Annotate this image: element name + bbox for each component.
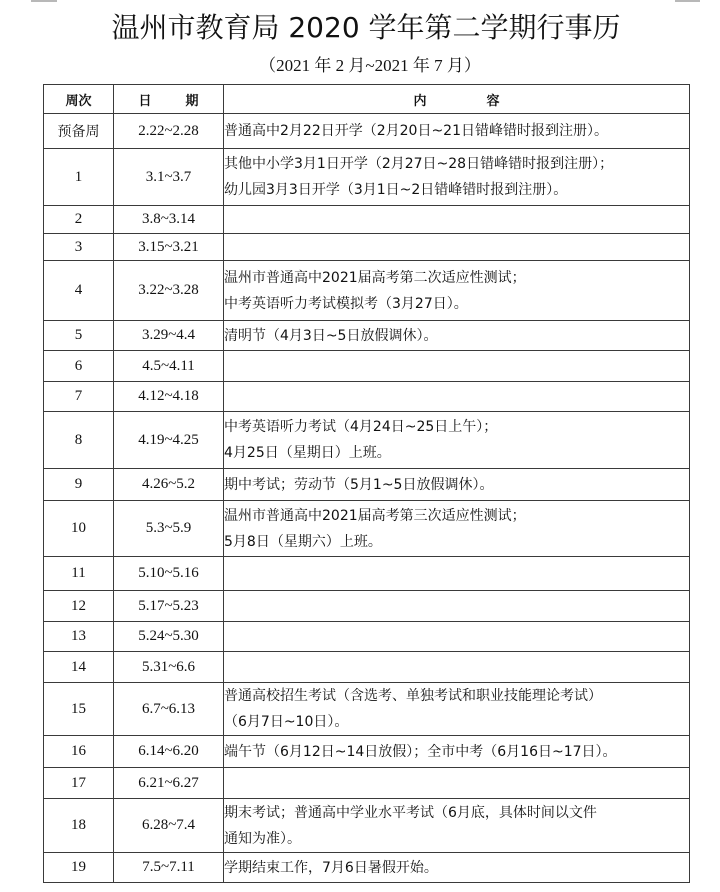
week-cell: 4 xyxy=(44,261,114,321)
week-cell: 12 xyxy=(44,591,114,622)
week-cell: 5 xyxy=(44,321,114,351)
week-cell: 10 xyxy=(44,501,114,557)
week-cell: 9 xyxy=(44,469,114,501)
content-cell: 清明节（4月3日~5日放假调休）。 xyxy=(224,321,690,351)
header-date-label-2: 期 xyxy=(186,94,199,109)
week-cell: 6 xyxy=(44,351,114,382)
content-line: 温州市普通高中2021届高考第二次适应性测试； xyxy=(224,265,689,291)
table-row: 94.26~5.2期中考试；劳动节（5月1~5日放假调休）。 xyxy=(44,469,690,501)
table-row: 64.5~4.11 xyxy=(44,351,690,382)
week-cell: 15 xyxy=(44,683,114,736)
date-range-cell: 3.15~3.21 xyxy=(114,234,224,261)
content-line: 中考英语听力考试（4月24日~25日上午）； xyxy=(224,414,689,440)
content-line: 学期结束工作，7月6日暑假开始。 xyxy=(224,855,689,881)
table-row: 43.22~3.28温州市普通高中2021届高考第二次适应性测试；中考英语听力考… xyxy=(44,261,690,321)
date-range-cell: 3.22~3.28 xyxy=(114,261,224,321)
week-cell: 8 xyxy=(44,412,114,469)
date-range-cell: 6.14~6.20 xyxy=(114,736,224,768)
header-content: 内容 xyxy=(224,85,690,114)
week-cell: 18 xyxy=(44,799,114,853)
content-cell: 温州市普通高中2021届高考第二次适应性测试；中考英语听力考试模拟考（3月27日… xyxy=(224,261,690,321)
content-line: 温州市普通高中2021届高考第三次适应性测试； xyxy=(224,503,689,529)
page-edge-mark-left xyxy=(31,0,57,2)
header-date-label-1: 日 xyxy=(138,94,151,109)
table-body: 预备周2.22~2.28普通高中2月22日开学（2月20日~21日错峰错时报到注… xyxy=(44,114,690,883)
content-line: 端午节（6月12日~14日放假）；全市中考（6月16日~17日）。 xyxy=(224,739,689,765)
table-row: 166.14~6.20端午节（6月12日~14日放假）；全市中考（6月16日~1… xyxy=(44,736,690,768)
table-row: 156.7~6.13普通高校招生考试（含选考、单独考试和职业技能理论考试）（6月… xyxy=(44,683,690,736)
date-range-cell: 2.22~2.28 xyxy=(114,114,224,149)
content-cell xyxy=(224,652,690,683)
content-cell: 其他中小学3月1日开学（2月27日~28日错峰错时报到注册）；幼儿园3月3日开学… xyxy=(224,149,690,206)
header-date: 日期 xyxy=(114,85,224,114)
content-line: 期中考试；劳动节（5月1~5日放假调休）。 xyxy=(224,472,689,498)
date-range-cell: 5.24~5.30 xyxy=(114,622,224,652)
document-subtitle: （2021 年 2 月~2021 年 7 月） xyxy=(0,54,720,78)
school-calendar-table: 周次 日期 内容 预备周2.22~2.28普通高中2月22日开学（2月20日~2… xyxy=(43,84,690,883)
date-range-cell: 4.12~4.18 xyxy=(114,382,224,412)
content-cell: 学期结束工作，7月6日暑假开始。 xyxy=(224,853,690,883)
week-cell: 17 xyxy=(44,768,114,799)
content-line: 普通高校招生考试（含选考、单独考试和职业技能理论考试） xyxy=(224,683,689,709)
date-range-cell: 3.1~3.7 xyxy=(114,149,224,206)
date-range-cell: 5.10~5.16 xyxy=(114,557,224,591)
content-cell xyxy=(224,382,690,412)
date-range-cell: 4.5~4.11 xyxy=(114,351,224,382)
week-cell: 16 xyxy=(44,736,114,768)
table-row: 197.5~7.11学期结束工作，7月6日暑假开始。 xyxy=(44,853,690,883)
content-cell: 普通高校招生考试（含选考、单独考试和职业技能理论考试）（6月7日~10日）。 xyxy=(224,683,690,736)
content-cell: 期末考试；普通高中学业水平考试（6月底，具体时间以文件通知为准）。 xyxy=(224,799,690,853)
date-range-cell: 5.31~6.6 xyxy=(114,652,224,683)
header-content-label-2: 容 xyxy=(487,94,500,109)
content-line: 期末考试；普通高中学业水平考试（6月底，具体时间以文件 xyxy=(224,800,689,826)
content-line: 中考英语听力考试模拟考（3月27日）。 xyxy=(224,291,689,317)
table-row: 186.28~7.4期末考试；普通高中学业水平考试（6月底，具体时间以文件通知为… xyxy=(44,799,690,853)
content-cell: 中考英语听力考试（4月24日~25日上午）；4月25日（星期日）上班。 xyxy=(224,412,690,469)
week-cell: 13 xyxy=(44,622,114,652)
content-cell xyxy=(224,591,690,622)
table-row: 176.21~6.27 xyxy=(44,768,690,799)
table-row: 53.29~4.4清明节（4月3日~5日放假调休）。 xyxy=(44,321,690,351)
week-cell: 7 xyxy=(44,382,114,412)
table-row: 13.1~3.7其他中小学3月1日开学（2月27日~28日错峰错时报到注册）；幼… xyxy=(44,149,690,206)
table-row: 23.8~3.14 xyxy=(44,206,690,234)
table-row: 84.19~4.25中考英语听力考试（4月24日~25日上午）；4月25日（星期… xyxy=(44,412,690,469)
date-range-cell: 5.3~5.9 xyxy=(114,501,224,557)
content-cell: 普通高中2月22日开学（2月20日~21日错峰错时报到注册）。 xyxy=(224,114,690,149)
content-cell: 端午节（6月12日~14日放假）；全市中考（6月16日~17日）。 xyxy=(224,736,690,768)
content-line: 普通高中2月22日开学（2月20日~21日错峰错时报到注册）。 xyxy=(224,118,689,144)
content-line: 4月25日（星期日）上班。 xyxy=(224,440,689,466)
table-row: 预备周2.22~2.28普通高中2月22日开学（2月20日~21日错峰错时报到注… xyxy=(44,114,690,149)
content-cell xyxy=(224,234,690,261)
date-range-cell: 7.5~7.11 xyxy=(114,853,224,883)
table-row: 135.24~5.30 xyxy=(44,622,690,652)
content-cell xyxy=(224,768,690,799)
header-week: 周次 xyxy=(44,85,114,114)
content-line: 幼儿园3月3日开学（3月1日~2日错峰错时报到注册）。 xyxy=(224,177,689,203)
content-cell xyxy=(224,622,690,652)
date-range-cell: 4.26~5.2 xyxy=(114,469,224,501)
table-row: 33.15~3.21 xyxy=(44,234,690,261)
content-cell xyxy=(224,206,690,234)
date-range-cell: 3.8~3.14 xyxy=(114,206,224,234)
table-row: 145.31~6.6 xyxy=(44,652,690,683)
content-cell: 温州市普通高中2021届高考第三次适应性测试；5月8日（星期六）上班。 xyxy=(224,501,690,557)
week-cell: 1 xyxy=(44,149,114,206)
header-content-label-1: 内 xyxy=(413,94,426,109)
week-cell: 14 xyxy=(44,652,114,683)
date-range-cell: 5.17~5.23 xyxy=(114,591,224,622)
table-row: 125.17~5.23 xyxy=(44,591,690,622)
table-row: 105.3~5.9温州市普通高中2021届高考第三次适应性测试；5月8日（星期六… xyxy=(44,501,690,557)
table-row: 115.10~5.16 xyxy=(44,557,690,591)
document-title: 温州市教育局 2020 学年第二学期行事历 xyxy=(0,8,720,48)
table-row: 74.12~4.18 xyxy=(44,382,690,412)
content-line: 其他中小学3月1日开学（2月27日~28日错峰错时报到注册）； xyxy=(224,151,689,177)
header-week-label: 周次 xyxy=(65,94,91,109)
page-edge-mark-right xyxy=(675,0,700,2)
content-line: 5月8日（星期六）上班。 xyxy=(224,529,689,555)
week-cell: 3 xyxy=(44,234,114,261)
date-range-cell: 4.19~4.25 xyxy=(114,412,224,469)
date-range-cell: 6.28~7.4 xyxy=(114,799,224,853)
table-header-row: 周次 日期 内容 xyxy=(44,85,690,114)
date-range-cell: 6.7~6.13 xyxy=(114,683,224,736)
content-cell xyxy=(224,557,690,591)
week-cell: 预备周 xyxy=(44,114,114,149)
content-cell xyxy=(224,351,690,382)
content-cell: 期中考试；劳动节（5月1~5日放假调休）。 xyxy=(224,469,690,501)
content-line: 通知为准）。 xyxy=(224,826,689,852)
content-line: 清明节（4月3日~5日放假调休）。 xyxy=(224,323,689,349)
week-cell: 11 xyxy=(44,557,114,591)
date-range-cell: 3.29~4.4 xyxy=(114,321,224,351)
week-cell: 2 xyxy=(44,206,114,234)
date-range-cell: 6.21~6.27 xyxy=(114,768,224,799)
content-line: （6月7日~10日）。 xyxy=(224,709,689,735)
week-cell: 19 xyxy=(44,853,114,883)
